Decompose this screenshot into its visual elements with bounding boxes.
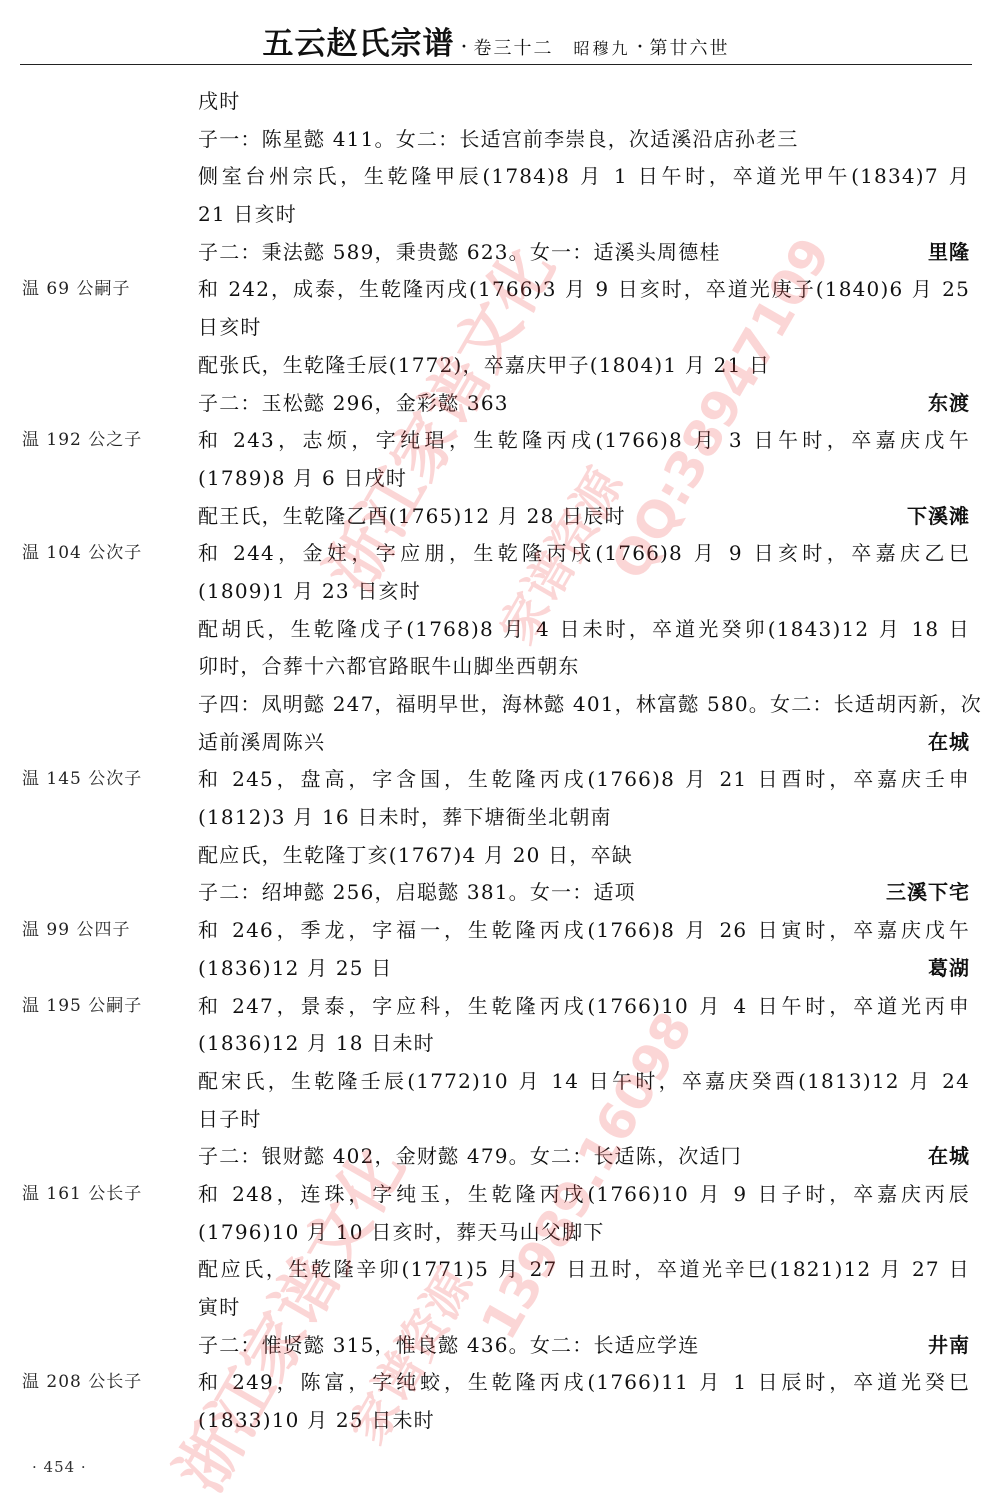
entry-text: (1833)10 月 25 日未时: [198, 1402, 970, 1440]
entry-text: 配张氏，生乾隆壬辰(1772)，卒嘉庆甲子(1804)1 月 21 日: [198, 347, 970, 385]
text-line: (1796)10 月 10 日亥时，葬天马山父脚下: [0, 1214, 992, 1252]
entry-text: 戌时: [198, 83, 970, 121]
entry-text: 侧室台州宗氏，生乾隆甲辰(1784)8 月 1 日午时，卒道光甲午(1834)7…: [198, 158, 970, 196]
text-line: 配应氏，生乾隆丁亥(1767)4 月 20 日，卒缺: [0, 837, 992, 875]
text-line: 子二：秉法懿 589，秉贵懿 623。女一：适溪头周德桂里隆: [0, 234, 992, 272]
text-line: 配王氏，生乾隆乙酉(1765)12 月 28 日辰时下溪滩: [0, 498, 992, 536]
lineage-note: 温 104 公次子: [22, 535, 142, 573]
entry-text: 子二：玉松懿 296，金彩懿 363: [198, 385, 970, 423]
running-header: 五云赵氏宗谱·卷三十二昭穆九·第廿六世: [0, 18, 992, 62]
header-separator-2: ·: [637, 35, 644, 60]
text-line: 配胡氏，生乾隆戊子(1768)8 月 4 日未时，卒道光癸卯(1843)12 月…: [0, 611, 992, 649]
text-line: (1833)10 月 25 日未时: [0, 1402, 992, 1440]
entry-text: (1796)10 月 10 日亥时，葬天马山父脚下: [198, 1214, 970, 1252]
entry-text: 配胡氏，生乾隆戊子(1768)8 月 4 日未时，卒道光癸卯(1843)12 月…: [198, 611, 970, 649]
text-line: 寅时: [0, 1289, 992, 1327]
entry-text: (1836)12 月 25 日: [198, 950, 970, 988]
lineage-note: 温 145 公次子: [22, 761, 142, 799]
residence-place: 在城: [928, 724, 970, 762]
text-line: 配应氏，生乾隆辛卯(1771)5 月 27 日丑时，卒道光辛巳(1821)12 …: [0, 1251, 992, 1289]
entry-text: 子二：秉法懿 589，秉贵懿 623。女一：适溪头周德桂: [198, 234, 970, 272]
entry-text: 寅时: [198, 1289, 970, 1327]
entry-text: 和 249，陈富，字纯蛟，生乾隆丙戌(1766)11 月 1 日辰时，卒道光癸巳: [198, 1364, 970, 1402]
text-line: 戌时: [0, 83, 992, 121]
entry-text: 子一：陈星懿 411。女二：长适宫前李崇良，次适溪沿店孙老三: [198, 121, 970, 159]
header-separator: ·: [460, 35, 467, 60]
entry-text: 子二：银财懿 402，金财懿 479。女二：长适陈，次适冂: [198, 1138, 970, 1176]
text-line: 温 195 公嗣子和 247，景泰，字应科，生乾隆丙戌(1766)10 月 4 …: [0, 988, 992, 1026]
text-line: (1812)3 月 16 日未时，葬下塘衙坐北朝南: [0, 799, 992, 837]
text-line: 温 192 公之子和 243，志烦，字纯琩，生乾隆丙戌(1766)8 月 3 日…: [0, 422, 992, 460]
lineage-note: 温 192 公之子: [22, 422, 142, 460]
text-line: 温 69 公嗣子和 242，成泰，生乾隆丙戌(1766)3 月 9 日亥时，卒道…: [0, 271, 992, 309]
entry-text: 和 246，季龙，字福一，生乾隆丙戌(1766)8 月 26 日寅时，卒嘉庆戊午: [198, 912, 970, 950]
text-line: 配张氏，生乾隆壬辰(1772)，卒嘉庆甲子(1804)1 月 21 日: [0, 347, 992, 385]
text-line: (1836)12 月 18 日未时: [0, 1025, 992, 1063]
residence-place: 葛湖: [928, 950, 970, 988]
residence-place: 东渡: [928, 385, 970, 423]
entry-text: 和 247，景泰，字应科，生乾隆丙戌(1766)10 月 4 日午时，卒道光丙申: [198, 988, 970, 1026]
entry-text: 日亥时: [198, 309, 970, 347]
text-line: 温 99 公四子和 246，季龙，字福一，生乾隆丙戌(1766)8 月 26 日…: [0, 912, 992, 950]
text-line: 温 104 公次子和 244，金妵，字应朋，生乾隆丙戌(1766)8 月 9 日…: [0, 535, 992, 573]
volume-label: 卷三十二: [473, 38, 553, 59]
text-line: 子二：银财懿 402，金财懿 479。女二：长适陈，次适冂在城: [0, 1138, 992, 1176]
header-rule: [20, 64, 972, 65]
entry-text: (1812)3 月 16 日未时，葬下塘衙坐北朝南: [198, 799, 970, 837]
section-label: 昭穆九: [573, 39, 630, 58]
lineage-note: 温 208 公长子: [22, 1364, 142, 1402]
entry-text: 适前溪周陈兴: [198, 724, 970, 762]
entry-text: (1836)12 月 18 日未时: [198, 1025, 970, 1063]
text-line: 日子时: [0, 1101, 992, 1139]
residence-place: 下溪滩: [907, 498, 970, 536]
residence-place: 三溪下宅: [886, 874, 970, 912]
entry-text: 日子时: [198, 1101, 970, 1139]
entry-text: 和 248，连珠，字纯玉，生乾隆丙戌(1766)10 月 9 日子时，卒嘉庆丙辰: [198, 1176, 970, 1214]
page-number: · 454 ·: [32, 1458, 87, 1476]
residence-place: 井南: [928, 1327, 970, 1365]
text-line: 温 208 公长子和 249，陈富，字纯蛟，生乾隆丙戌(1766)11 月 1 …: [0, 1364, 992, 1402]
text-line: 日亥时: [0, 309, 992, 347]
entry-text: 配应氏，生乾隆辛卯(1771)5 月 27 日丑时，卒道光辛巳(1821)12 …: [198, 1251, 970, 1289]
lineage-note: 温 161 公长子: [22, 1176, 142, 1214]
entry-text: 和 243，志烦，字纯琩，生乾隆丙戌(1766)8 月 3 日午时，卒嘉庆戊午: [198, 422, 970, 460]
text-line: 卯时，合葬十六都官路眠牛山脚坐西朝东: [0, 648, 992, 686]
text-line: 21 日亥时: [0, 196, 992, 234]
entry-text: 和 242，成泰，生乾隆丙戌(1766)3 月 9 日亥时，卒道光庚子(1840…: [198, 271, 970, 309]
residence-place: 里隆: [928, 234, 970, 272]
entry-text: 和 245，盘高，字含国，生乾隆丙戌(1766)8 月 21 日酉时，卒嘉庆壬申: [198, 761, 970, 799]
text-line: 子二：绍坤懿 256，启聪懿 381。女一：适项三溪下宅: [0, 874, 992, 912]
entry-text: 卯时，合葬十六都官路眠牛山脚坐西朝东: [198, 648, 970, 686]
text-line: 温 145 公次子和 245，盘高，字含国，生乾隆丙戌(1766)8 月 21 …: [0, 761, 992, 799]
text-line: 适前溪周陈兴在城: [0, 724, 992, 762]
text-line: 配宋氏，生乾隆壬辰(1772)10 月 14 日午时，卒嘉庆癸酉(1813)12…: [0, 1063, 992, 1101]
entry-text: 和 244，金妵，字应朋，生乾隆丙戌(1766)8 月 9 日亥时，卒嘉庆乙巳: [198, 535, 970, 573]
text-line: 侧室台州宗氏，生乾隆甲辰(1784)8 月 1 日午时，卒道光甲午(1834)7…: [0, 158, 992, 196]
text-line: 温 161 公长子和 248，连珠，字纯玉，生乾隆丙戌(1766)10 月 9 …: [0, 1176, 992, 1214]
lineage-note: 温 99 公四子: [22, 912, 130, 950]
entry-text: (1809)1 月 23 日亥时: [198, 573, 970, 611]
entry-text: 配王氏，生乾隆乙酉(1765)12 月 28 日辰时: [198, 498, 970, 536]
genealogy-entries: 戌时子一：陈星懿 411。女二：长适宫前李崇良，次适溪沿店孙老三侧室台州宗氏，生…: [0, 83, 992, 1440]
text-line: (1836)12 月 25 日葛湖: [0, 950, 992, 988]
text-line: 子二：惟贤懿 315，惟良懿 436。女二：长适应学连井南: [0, 1327, 992, 1365]
book-title: 五云赵氏宗谱: [262, 26, 454, 62]
entry-text: 子二：绍坤懿 256，启聪懿 381。女一：适项: [198, 874, 970, 912]
entry-text: 配应氏，生乾隆丁亥(1767)4 月 20 日，卒缺: [198, 837, 970, 875]
text-line: 子二：玉松懿 296，金彩懿 363东渡: [0, 385, 992, 423]
entry-text: 子二：惟贤懿 315，惟良懿 436。女二：长适应学连: [198, 1327, 970, 1365]
text-line: (1809)1 月 23 日亥时: [0, 573, 992, 611]
lineage-note: 温 69 公嗣子: [22, 271, 130, 309]
generation-label: 第廿六世: [650, 38, 730, 59]
entry-text: (1789)8 月 6 日戌时: [198, 460, 970, 498]
entry-text: 配宋氏，生乾隆壬辰(1772)10 月 14 日午时，卒嘉庆癸酉(1813)12…: [198, 1063, 970, 1101]
entry-text: 21 日亥时: [198, 196, 970, 234]
residence-place: 在城: [928, 1138, 970, 1176]
text-line: 子一：陈星懿 411。女二：长适宫前李崇良，次适溪沿店孙老三: [0, 121, 992, 159]
text-line: 子四：凤明懿 247，福明早世，海林懿 401，林富懿 580。女二：长适胡丙新…: [0, 686, 992, 724]
text-line: (1789)8 月 6 日戌时: [0, 460, 992, 498]
entry-text: 子四：凤明懿 247，福明早世，海林懿 401，林富懿 580。女二：长适胡丙新…: [198, 686, 970, 724]
lineage-note: 温 195 公嗣子: [22, 988, 142, 1026]
